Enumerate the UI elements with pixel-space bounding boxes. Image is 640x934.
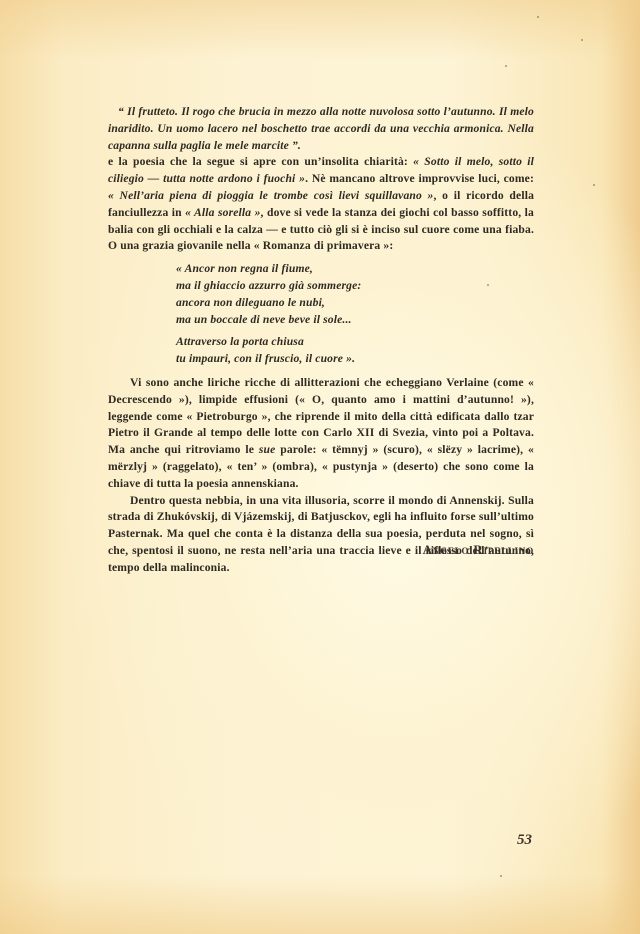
poem-line: « Ancor non regna il fiume,: [176, 261, 534, 278]
paragraph-1-text: . Nè mancano altrove improvvise luci, co…: [305, 172, 534, 185]
paper-speck: [500, 875, 502, 877]
poem-stanza-1: « Ancor non regna il fiume, ma il ghiacc…: [176, 261, 534, 328]
poem-line: ma il ghiaccio azzurro già sommerge:: [176, 278, 534, 295]
poem-line: tu impauri, con il fruscio, il cuore ».: [176, 351, 534, 368]
inline-quote: « Nell’aria piena di pioggia le trombe c…: [108, 189, 434, 202]
paragraph-2: Vi sono anche liriche ricche di allitter…: [108, 375, 534, 493]
paragraph-3: Dentro questa nebbia, in una vita illuso…: [108, 493, 534, 577]
poem-stanza-2: Attraverso la porta chiusa tu impauri, c…: [176, 334, 534, 368]
paragraph-1-text: e la poesia che la segue si apre con un’…: [108, 155, 413, 168]
page-number: 53: [517, 832, 532, 849]
poem-excerpt: « Ancor non regna il fiume, ma il ghiacc…: [176, 261, 534, 368]
opening-quotation: “ Il frutteto. Il rogo che brucia in mez…: [108, 104, 534, 154]
paper-speck: [581, 39, 583, 41]
paragraph-1: e la poesia che la segue si apre con un’…: [108, 154, 534, 255]
poem-line: Attraverso la porta chiusa: [176, 334, 534, 351]
page-edge-shade-top: [0, 0, 640, 60]
poem-line: ma un boccale di neve beve il sole...: [176, 312, 534, 329]
page-edge-shade-bottom: [0, 874, 640, 934]
article-body: “ Il frutteto. Il rogo che brucia in mez…: [108, 104, 534, 577]
paper-speck: [505, 65, 507, 67]
author-signature: Angelo Ripellino: [423, 542, 534, 558]
emphasis: sue: [259, 443, 276, 456]
poem-line: ancora non dileguano le nubi,: [176, 295, 534, 312]
paper-speck: [537, 16, 539, 18]
inline-quote: « Alla sorella »: [185, 206, 260, 219]
paper-speck: [593, 184, 595, 186]
